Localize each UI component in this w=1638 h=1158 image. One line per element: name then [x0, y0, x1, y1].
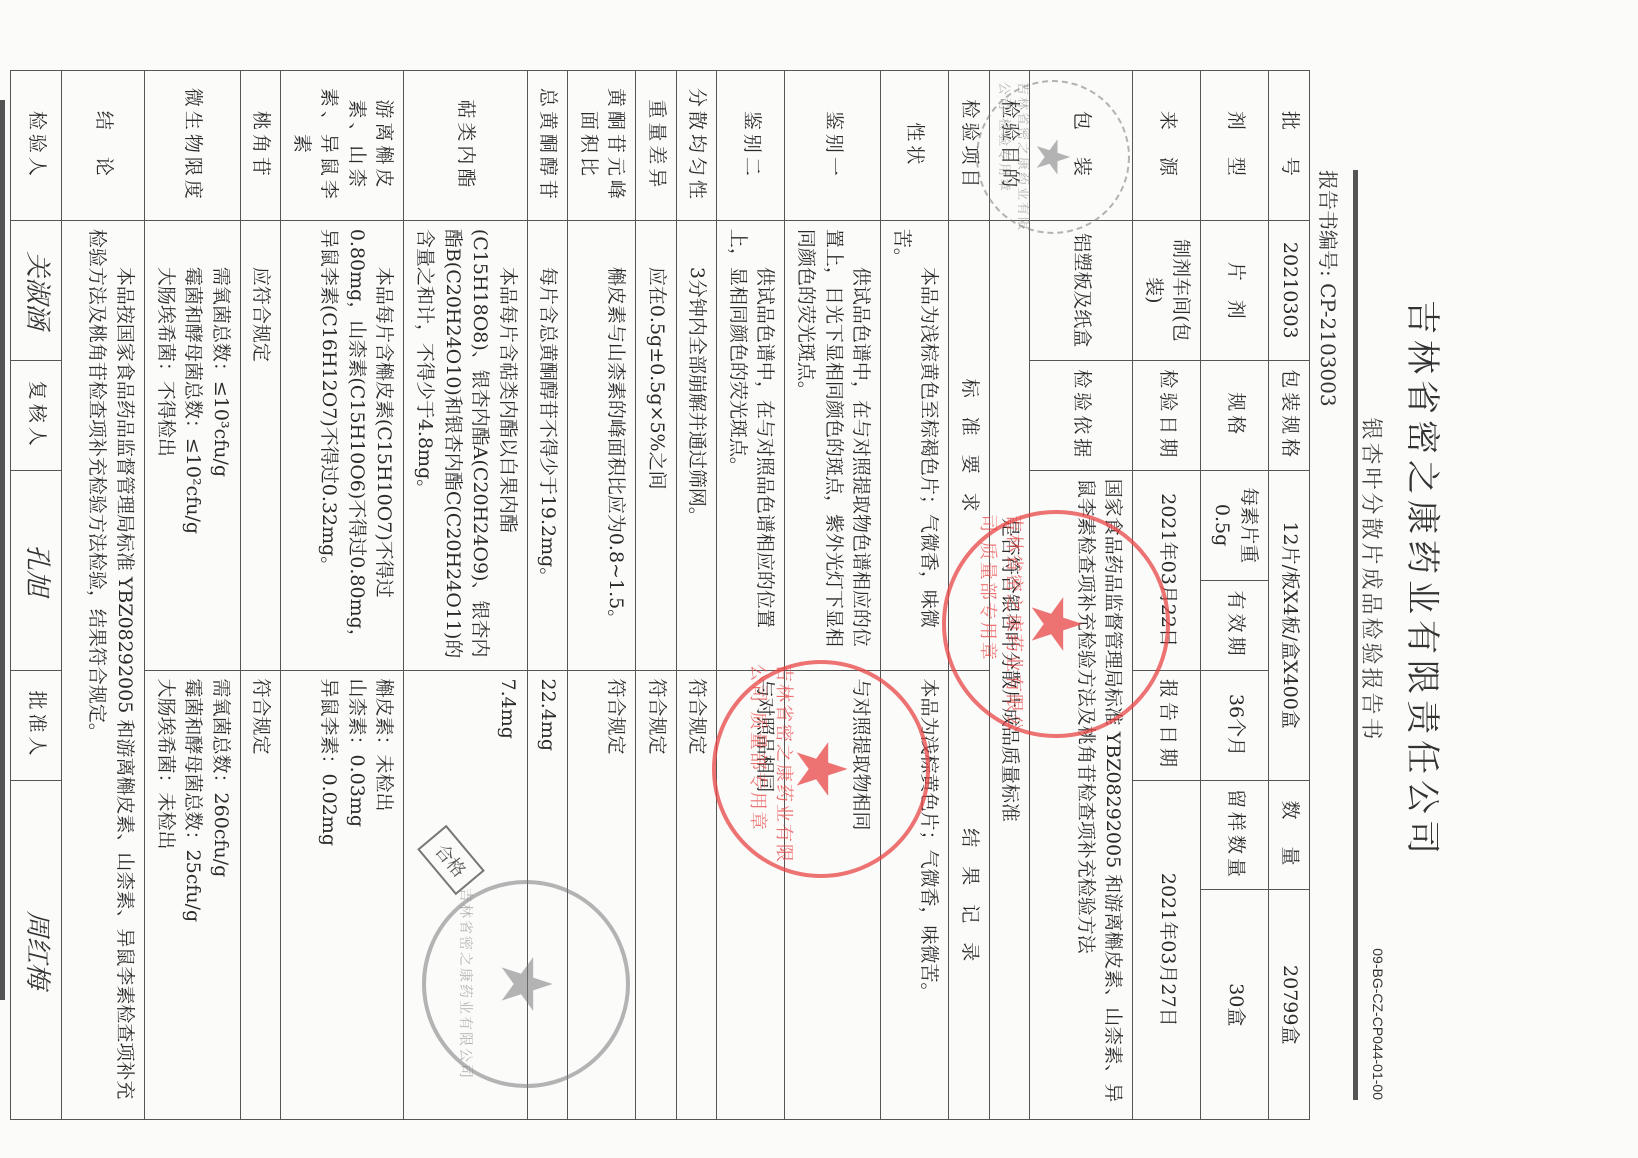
retain-label: 留样数量 — [1201, 780, 1269, 890]
table-row: 总黄酮醇苷每片含总黄酮醇苷不得少于19.2mg。22.4mg — [527, 71, 568, 1120]
test-standard: 需氧菌总数：≤10³cfu/g霉菌和酵母菌总数：≤10²cfu/g大肠埃希菌：不… — [145, 220, 241, 670]
reviewer-label: 复核人 — [11, 360, 62, 470]
package-label: 包 装 — [1030, 71, 1133, 221]
test-rows: 性状本品为浅棕黄色至棕褐色片；气微香，味微苦。本品为浅棕黄色片；气微香，味微苦。… — [145, 71, 949, 1120]
test-item: 鉴别二 — [717, 71, 785, 221]
test-standard: 供试品色谱中，在与对照提取物色谱相应的位置上，日光下显相同颜色的斑点，紫外光灯下… — [785, 220, 881, 670]
spec-label: 规格 — [1201, 360, 1269, 470]
result-line: 山柰素：0.03mg — [342, 679, 370, 1111]
test-result: 符合规定 — [676, 670, 717, 1119]
test-result: 槲皮素：未检出山柰素：0.03mg异鼠李素：0.02mg — [281, 670, 404, 1119]
quantity-label: 数 量 — [1269, 780, 1310, 890]
report-number-value: CP-2103003 — [1316, 283, 1340, 407]
result-line: 大肠埃希菌：未检出 — [151, 679, 179, 1111]
inspector-label: 检验人 — [11, 71, 62, 221]
table-row: 鉴别二供试品色谱中，在与对照品色谱相应的位置上，显相同颜色的荧光斑点。与对照品相… — [717, 71, 785, 1120]
pack-spec-value: 12片/板X4板/盒X400盒 — [1269, 470, 1310, 780]
table-row: 微生物限度需氧菌总数：≤10³cfu/g霉菌和酵母菌总数：≤10²cfu/g大肠… — [145, 71, 241, 1120]
test-result: 需氧菌总数：260cfu/g霉菌和酵母菌总数：25cfu/g大肠埃希菌：未检出 — [145, 670, 241, 1119]
test-item: 总黄酮醇苷 — [527, 71, 568, 221]
row-source: 来 源 制剂车间(包装) 检验日期 2021年03月22日 报告日期 2021年… — [1133, 71, 1201, 1120]
purpose-label: 检验目的 — [989, 71, 1030, 221]
result-line: 槲皮素：未检出 — [370, 679, 398, 1111]
test-standard: 本品每片含萜类内酯以白果内酯(C15H18O8)、银杏内酯A(C20H24O9)… — [404, 220, 527, 670]
company-name: 吉林省密之康药业有限责任公司 — [1401, 40, 1450, 1120]
quantity-value: 20799盒 — [1269, 890, 1310, 1120]
standard-line: 大肠埃希菌：不得检出 — [151, 229, 179, 662]
row-package: 包 装 铝塑板及纸盒 检验依据 国家食品药品监督管理局标准 YBZ0829200… — [1030, 71, 1133, 1120]
test-result: 与对照品相同 — [717, 670, 785, 1119]
test-item: 微生物限度 — [145, 71, 241, 221]
table-row: 桃角苷应符合规定符合规定 — [240, 71, 281, 1120]
test-item: 性状 — [881, 71, 949, 221]
table-row: 鉴别一供试品色谱中，在与对照提取物色谱相应的位置上，日光下显相同颜色的斑点，紫外… — [785, 71, 881, 1120]
test-item: 桃角苷 — [240, 71, 281, 221]
retain-value: 30盒 — [1201, 890, 1269, 1120]
validity-label: 有效期 — [1201, 580, 1269, 670]
standard-line: 霉菌和酵母菌总数：≤10²cfu/g — [179, 229, 207, 662]
test-date-label: 检验日期 — [1133, 360, 1201, 470]
form-code: 09-BG-CZ-CP044-01-00 — [1370, 948, 1386, 1100]
batch-label: 批 号 — [1269, 71, 1310, 221]
test-result: 符合规定 — [240, 670, 281, 1119]
test-result: 符合规定 — [636, 670, 677, 1119]
col-item-header: 检验项目 — [949, 71, 990, 221]
conclusion-text: 本品按国家食品药品监督管理局标准 YBZ08292005 和游离槲皮素、山柰素、… — [62, 220, 145, 1119]
test-standard: 供试品色谱中，在与对照品色谱相应的位置上，显相同颜色的荧光斑点。 — [717, 220, 785, 670]
test-standard: 每片含总黄酮醇苷不得少于19.2mg。 — [527, 220, 568, 670]
footer-divider — [0, 100, 5, 1000]
dosage-value: 片 剂 — [1201, 220, 1269, 360]
table-row: 性状本品为浅棕黄色至棕褐色片；气微香，味微苦。本品为浅棕黄色片；气微香，味微苦。 — [881, 71, 949, 1120]
test-result: 与对照提取物相同 — [785, 670, 881, 1119]
result-line: 异鼠李素：0.02mg — [315, 679, 343, 1111]
table-row: 萜类内酯本品每片含萜类内酯以白果内酯(C15H18O8)、银杏内酯A(C20H2… — [404, 71, 527, 1120]
test-standard: 槲皮素与山柰素的峰面积比应为0.8~1.5。 — [568, 220, 636, 670]
conclusion-label: 结 论 — [62, 71, 145, 221]
row-column-headers: 检验项目 标 准 要 求 结 果 记 录 — [949, 71, 990, 1120]
header-divider — [1353, 170, 1358, 1100]
batch-value: 20210303 — [1269, 220, 1310, 360]
source-value: 制剂车间(包装) — [1133, 220, 1201, 360]
test-result: 7.4mg — [404, 670, 527, 1119]
package-value: 铝塑板及纸盒 — [1030, 220, 1133, 360]
row-dosage: 剂 型 片 剂 规格 每素片重0.5g 有效期 36个月 留样数量 30盒 — [1201, 71, 1269, 1120]
row-batch: 批 号 20210303 包装规格 12片/板X4板/盒X400盒 数 量 20… — [1269, 71, 1310, 1120]
col-standard-header: 标 准 要 求 — [949, 220, 990, 670]
validity-value: 36个月 — [1201, 670, 1269, 780]
row-purpose: 检验目的 是否符合银杏叶分散片成品质量标准 — [989, 71, 1030, 1120]
test-result: 符合规定 — [568, 670, 636, 1119]
test-item: 萜类内酯 — [404, 71, 527, 221]
approver-label: 批准人 — [11, 670, 62, 780]
test-item: 黄酮苷元峰面积比 — [568, 71, 636, 221]
test-result: 本品为浅棕黄色片；气微香，味微苦。 — [881, 670, 949, 1119]
source-label: 来 源 — [1133, 71, 1201, 221]
test-standard: 本品每片含槲皮素(C15H10O7)不得过0.80mg，山柰素(C15H10O6… — [281, 220, 404, 670]
standard-line: 需氧菌总数：≤10³cfu/g — [206, 229, 234, 662]
test-standard: 本品为浅棕黄色至棕褐色片；气微香，味微苦。 — [881, 220, 949, 670]
table-row: 重量差异应在0.5g±0.5g×5%之间符合规定 — [636, 71, 677, 1120]
basis-value: 国家食品药品监督管理局标准 YBZ08292005 和游离槲皮素、山柰素、异鼠李… — [1030, 470, 1133, 1119]
test-item: 游离槲皮素、山柰素、异鼠李素 — [281, 71, 404, 221]
result-line: 霉菌和酵母菌总数：25cfu/g — [179, 679, 207, 1111]
test-item: 鉴别一 — [785, 71, 881, 221]
test-item: 重量差异 — [636, 71, 677, 221]
inspector-signature: 关淑涵 — [11, 220, 62, 360]
table-row: 分散均匀性3分钟内全部崩解并通过筛网。符合规定 — [676, 71, 717, 1120]
reviewer-signature: 孔旭 — [11, 470, 62, 670]
test-standard: 应符合规定 — [240, 220, 281, 670]
test-standard: 应在0.5g±0.5g×5%之间 — [636, 220, 677, 670]
report-date-label: 报告日期 — [1133, 670, 1201, 780]
row-signatures: 检验人 关淑涵 复核人 孔旭 批准人 周红梅 — [11, 71, 62, 1120]
dosage-label: 剂 型 — [1201, 71, 1269, 221]
test-item: 分散均匀性 — [676, 71, 717, 221]
pack-spec-label: 包装规格 — [1269, 360, 1310, 470]
table-row: 黄酮苷元峰面积比槲皮素与山柰素的峰面积比应为0.8~1.5。符合规定 — [568, 71, 636, 1120]
inspection-report: 吉林省密之康药业有限责任公司 银杏叶分散片成品检验报告书 09-BG-CZ-CP… — [0, 40, 1470, 1120]
report-number-label: 报告书编号: — [1316, 170, 1340, 277]
basis-label: 检验依据 — [1030, 360, 1133, 470]
report-table: 批 号 20210303 包装规格 12片/板X4板/盒X400盒 数 量 20… — [10, 70, 1310, 1120]
report-date-value: 2021年03月27日 — [1133, 780, 1201, 1120]
row-conclusion: 结 论 本品按国家食品药品监督管理局标准 YBZ08292005 和游离槲皮素、… — [62, 71, 145, 1120]
table-row: 游离槲皮素、山柰素、异鼠李素本品每片含槲皮素(C15H10O7)不得过0.80m… — [281, 71, 404, 1120]
test-standard: 3分钟内全部崩解并通过筛网。 — [676, 220, 717, 670]
approver-signature: 周红梅 — [11, 780, 62, 1120]
report-number: 报告书编号: CP-2103003 — [1315, 170, 1344, 407]
result-line: 需氧菌总数：260cfu/g — [206, 679, 234, 1111]
purpose-value: 是否符合银杏叶分散片成品质量标准 — [989, 220, 1030, 1119]
test-result: 22.4mg — [527, 670, 568, 1119]
test-date-value: 2021年03月22日 — [1133, 470, 1201, 670]
spec-value: 每素片重0.5g — [1201, 470, 1269, 580]
col-result-header: 结 果 记 录 — [949, 670, 990, 1119]
